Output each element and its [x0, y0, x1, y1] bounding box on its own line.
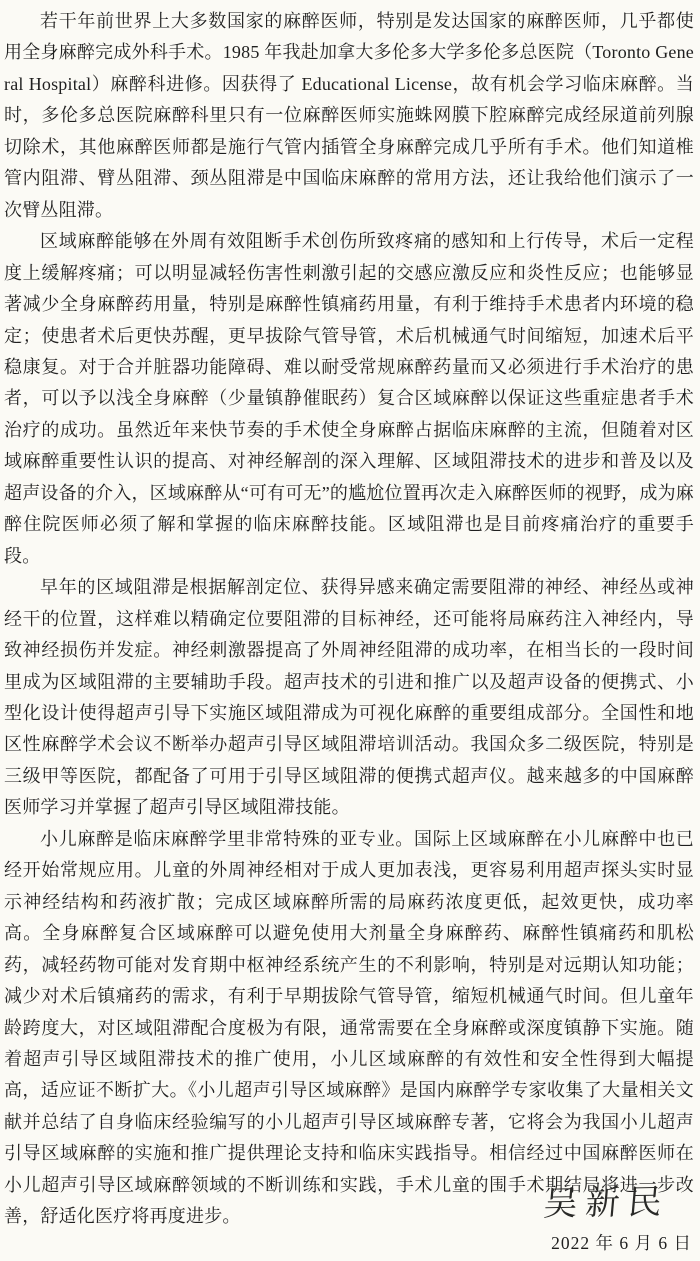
article-body: 若干年前世界上大多数国家的麻醉医师，特别是发达国家的麻醉医师，几乎都使用全身麻醉… — [0, 0, 700, 1233]
signature-block: 吴新民 2022 年 6 月 6 日 — [544, 1175, 700, 1255]
signature-name: 吴新民 — [542, 1174, 695, 1226]
signature-date: 2022 年 6 月 6 日 — [544, 1230, 692, 1255]
paragraph-regional-anesthesia-benefits: 区域麻醉能够在外周有效阻断手术创伤所致疼痛的感知和上行传导，术后一定程度上缓解疼… — [4, 226, 694, 572]
document-page: 若干年前世界上大多数国家的麻醉医师，特别是发达国家的麻醉医师，几乎都使用全身麻醉… — [0, 0, 700, 1261]
paragraph-ultrasound-guided-block: 早年的区域阻滞是根据解剖定位、获得异感来确定需要阻滞的神经、神经丛或神经干的位置… — [4, 572, 694, 824]
paragraph-intro-toronto: 若干年前世界上大多数国家的麻醉医师，特别是发达国家的麻醉医师，几乎都使用全身麻醉… — [4, 6, 694, 226]
paragraph-pediatric-anesthesia: 小儿麻醉是临床麻醉学里非常特殊的亚专业。国际上区域麻醉在小儿麻醉中也已经开始常规… — [4, 824, 694, 1233]
